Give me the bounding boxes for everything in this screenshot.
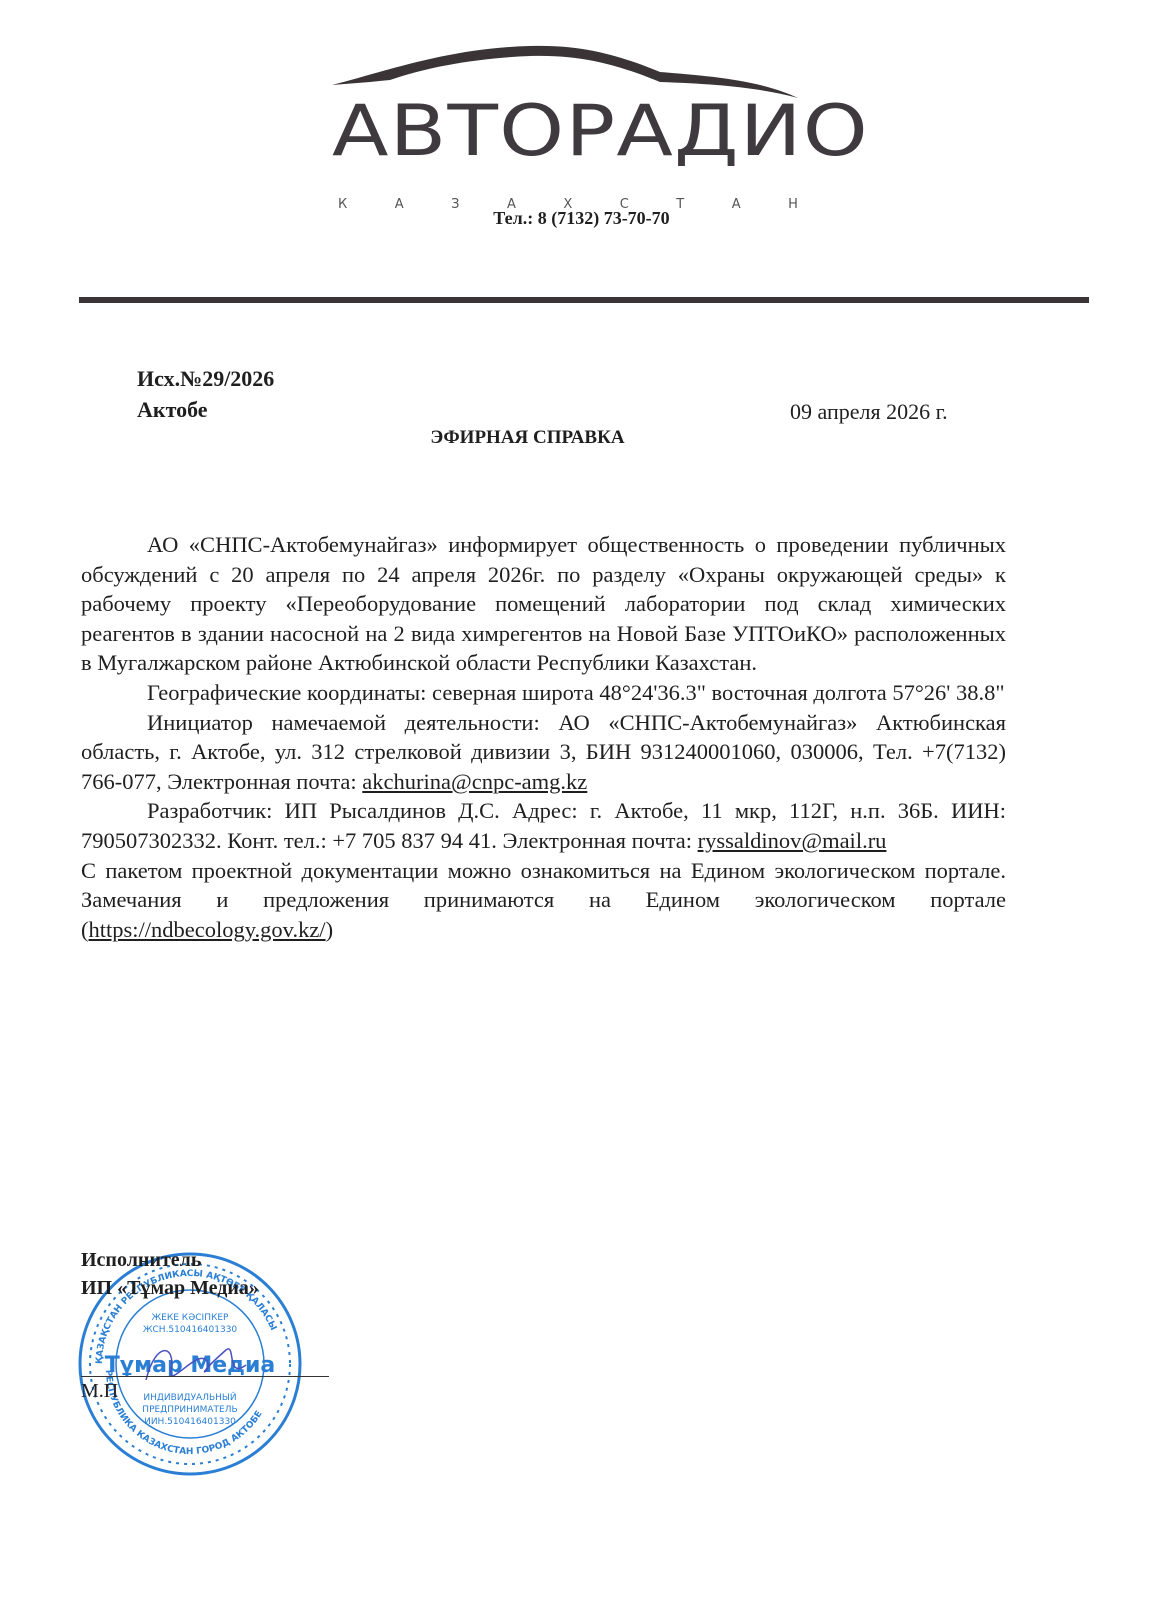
stamp-line-1: ЖЕКЕ КӘСІПКЕР [151, 1313, 229, 1323]
paragraph-coordinates: Географические координаты: северная широ… [81, 678, 1006, 708]
paragraph-initiator: Инициатор намечаемой деятельности: АО «С… [81, 708, 1006, 797]
developer-email-link[interactable]: ryssaldinov@mail.ru [698, 828, 887, 853]
header-divider [79, 297, 1089, 303]
stamp-line-2: ЖСН.510416401330 [143, 1325, 238, 1335]
document-body: АО «СНПС-Актобемунайгаз» информирует общ… [81, 530, 1006, 944]
document-title: ЭФИРНАЯ СПРАВКА [0, 427, 1055, 449]
brand-name: АВТОРАДИО [332, 96, 869, 166]
portal-link[interactable]: https://ndbecology.gov.kz/ [89, 917, 326, 942]
signatory-org: ИП «Тұмар Медиа» [81, 1274, 259, 1302]
seal-label: М.П [81, 1380, 118, 1403]
signature-line [81, 1376, 329, 1377]
outgoing-number: Исх.№29/2026 [137, 366, 274, 392]
stamp-line-5: ИИН.510416401330 [144, 1417, 236, 1427]
initiator-email-link[interactable]: akchurina@cnpc-amg.kz [362, 769, 587, 794]
paragraph-portal: С пакетом проектной документации можно о… [81, 856, 1006, 945]
signatory-role: Исполнитель [81, 1246, 259, 1274]
paragraph-announcement: АО «СНПС-Актобемунайгаз» информирует общ… [81, 530, 1006, 678]
portal-text-end: ) [326, 917, 334, 942]
city: Актобе [137, 397, 208, 423]
letterhead-phone: Тел.: 8 (7132) 73-70-70 [0, 208, 1163, 229]
paragraph-developer: Разработчик: ИП Рысалдинов Д.С. Адрес: г… [81, 796, 1006, 855]
stamp-center: Тұмар Медиа [105, 1353, 275, 1378]
avtoradio-logo: АВТОРАДИО К А З А Х С Т А Н [330, 40, 800, 180]
stamp-line-3: ИНДИВИДУАЛЬНЫЙ [143, 1391, 236, 1403]
signature-block: Исполнитель ИП «Тұмар Медиа» [81, 1246, 259, 1302]
document-date: 09 апреля 2026 г. [790, 399, 948, 425]
stamp-line-4: ПРЕДПРИНИМАТЕЛЬ [142, 1405, 237, 1415]
